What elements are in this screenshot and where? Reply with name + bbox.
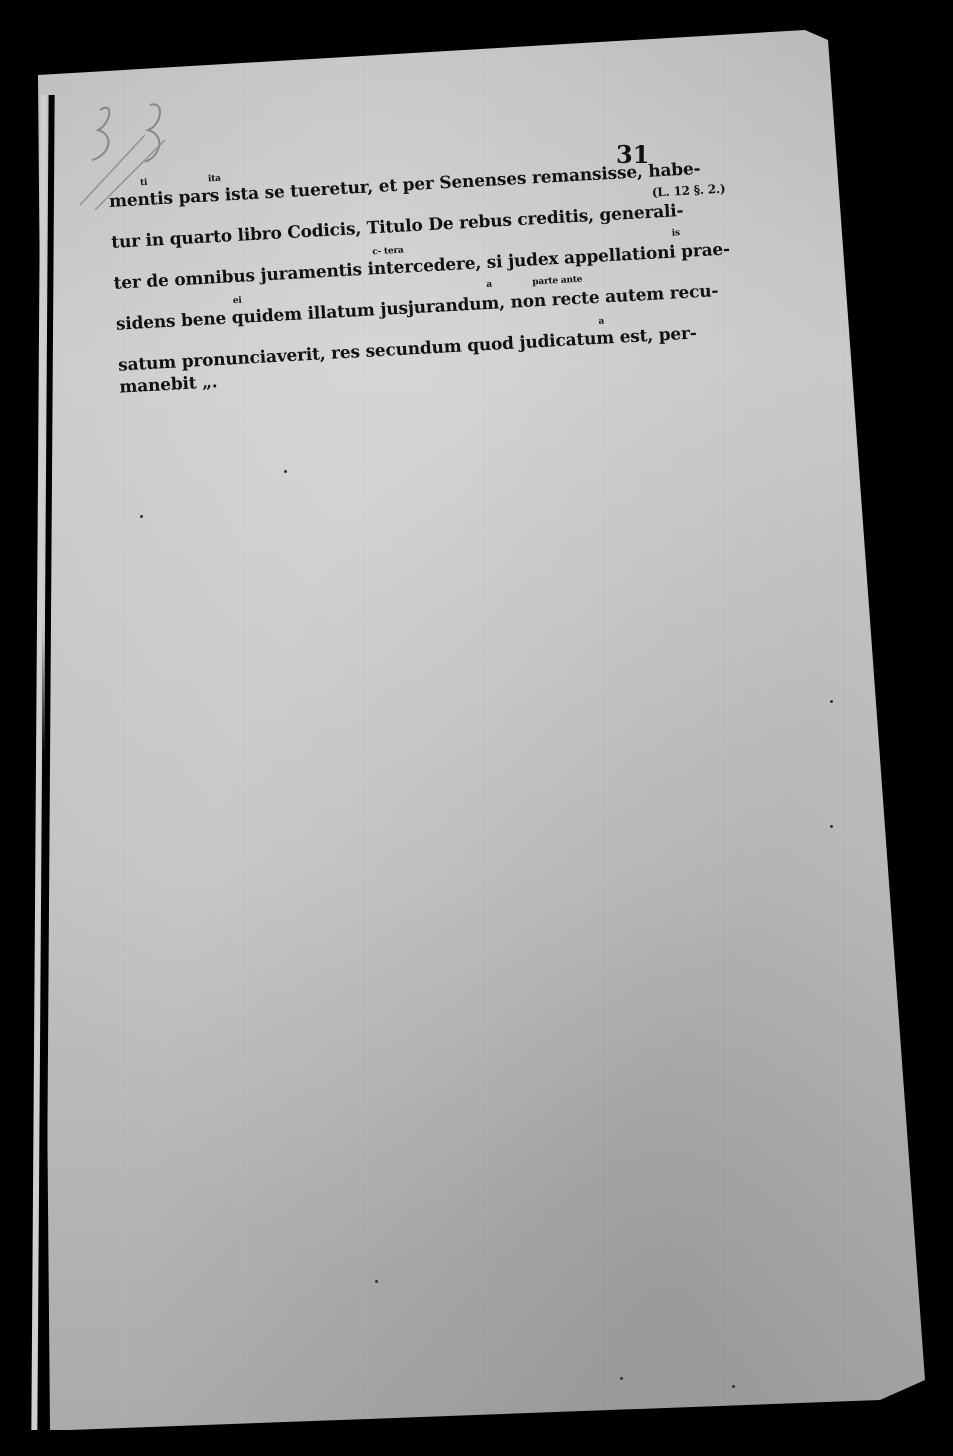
line-text: manebit „. [119, 372, 218, 397]
body-text: ti ita mentis pars ista se tueretur, et … [108, 148, 729, 401]
margin-reference: (L. 12 §. 2.) [651, 169, 727, 214]
interlinear-note: c- tera [372, 246, 404, 258]
interlinear-note: is [671, 228, 680, 238]
interlinear-note: ti [140, 178, 148, 188]
interlinear-note: ita [208, 174, 221, 185]
interlinear-note: ei [233, 296, 242, 306]
interlinear-note: a [486, 280, 492, 290]
interlinear-note: parte ante [532, 275, 583, 288]
interlinear-note: a [598, 317, 604, 327]
